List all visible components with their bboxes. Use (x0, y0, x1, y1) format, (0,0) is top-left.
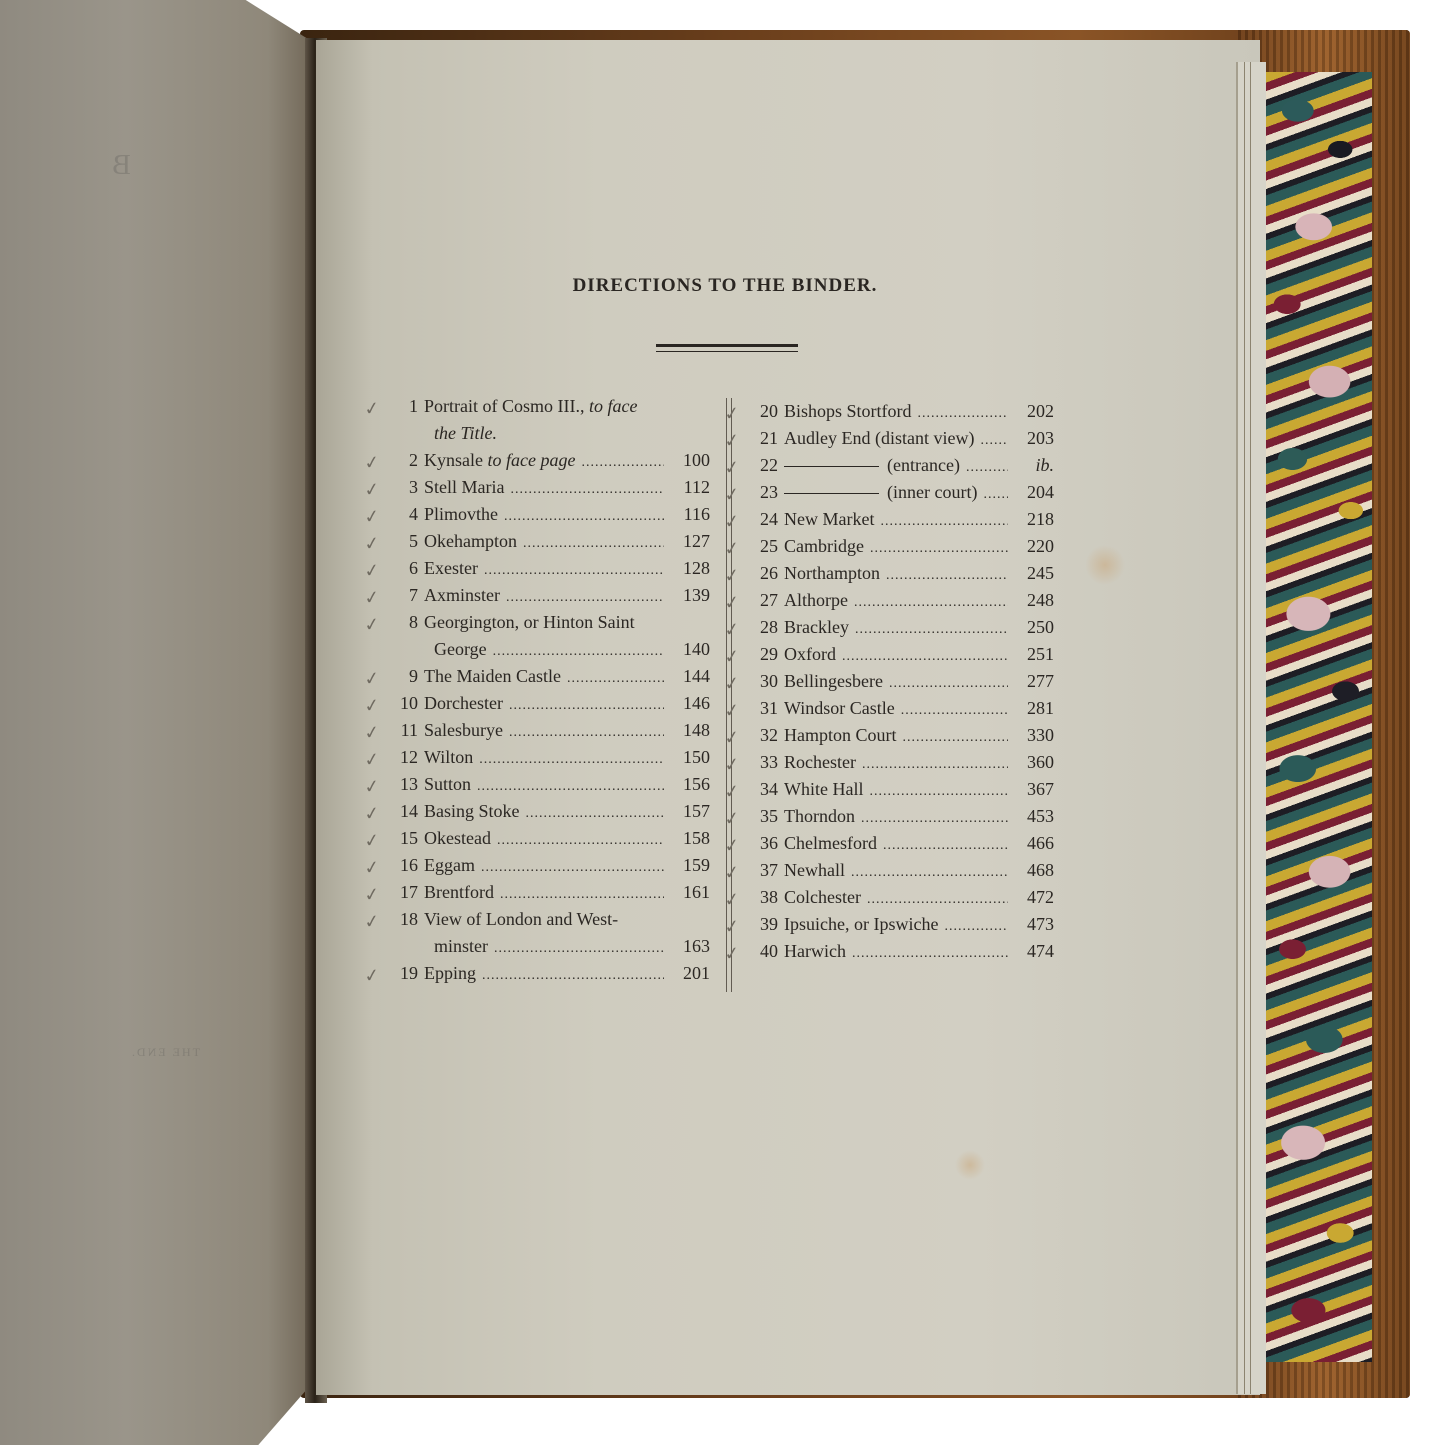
pencil-check-icon: ✓ (363, 610, 388, 635)
list-item: ✓ 36 Chelmesford .......................… (744, 830, 1054, 857)
pencil-check-icon: ✓ (723, 696, 748, 721)
list-item: ✓ 10 Dorchester ........................… (384, 690, 710, 717)
list-item: ✓ 29 Oxford ............................… (744, 641, 1054, 668)
pencil-check-icon: ✓ (723, 426, 748, 451)
pencil-check-icon: ✓ (363, 529, 388, 554)
list-item: ✓ 12 Wilton ............................… (384, 744, 710, 771)
list-item: ✓ 37 Newhall ...........................… (744, 857, 1054, 884)
list-item: ✓ 19 Epping ............................… (384, 960, 710, 987)
list-item: ✓ 40 Harwich ...........................… (744, 938, 1054, 965)
ghost-letter: B (112, 150, 131, 182)
list-item: ✓ 23 (inner court) .....................… (744, 479, 1054, 506)
list-item: ✓ 17 Brentford .........................… (384, 879, 710, 906)
list-item: ✓ 13 Sutton ............................… (384, 771, 710, 798)
list-item: ✓ 6 Exester ............................… (384, 555, 710, 582)
list-item: ✓ 16 Eggam .............................… (384, 852, 710, 879)
pencil-check-icon: ✓ (723, 831, 748, 856)
pencil-check-icon: ✓ (723, 615, 748, 640)
pencil-check-icon: ✓ (723, 453, 748, 478)
pencil-check-icon: ✓ (723, 885, 748, 910)
list-item: ✓ 22 (entrance) ........................… (744, 452, 1054, 479)
title-rule (656, 344, 798, 352)
list-item: ✓ 27 Althorpe ..........................… (744, 587, 1054, 614)
pencil-check-icon: ✓ (723, 480, 748, 505)
list-item: ✓ 39 Ipsuiche, or Ipswiche .............… (744, 911, 1054, 938)
marbled-endpaper (1266, 72, 1372, 1362)
ghost-footer: THE END. (130, 1045, 200, 1060)
pencil-check-icon: ✓ (363, 583, 388, 608)
pencil-check-icon: ✓ (363, 745, 388, 770)
list-item: ✓ 32 Hampton Court .....................… (744, 722, 1054, 749)
pencil-check-icon: ✓ (363, 475, 388, 500)
list-item: ✓ 20 Bishops Stortford .................… (744, 398, 1054, 425)
list-item: ✓ 25 Cambridge .........................… (744, 533, 1054, 560)
list-item: the Title. (384, 420, 710, 447)
list-item: ✓ 4 Plimovthe ..........................… (384, 501, 710, 528)
list-item: ✓ 18 View of London and West- (384, 906, 710, 933)
list-item: George .................................… (384, 636, 710, 663)
list-item: ✓ 33 Rochester .........................… (744, 749, 1054, 776)
list-item: ✓ 30 Bellingesbere .....................… (744, 668, 1054, 695)
pencil-check-icon: ✓ (723, 858, 748, 883)
pencil-check-icon: ✓ (723, 561, 748, 586)
pencil-check-icon: ✓ (363, 448, 388, 473)
list-item: ✓ 31 Windsor Castle ....................… (744, 695, 1054, 722)
list-item: ✓ 9 The Maiden Castle ..................… (384, 663, 710, 690)
pencil-check-icon: ✓ (723, 669, 748, 694)
pencil-check-icon: ✓ (363, 826, 388, 851)
pencil-check-icon: ✓ (363, 907, 388, 932)
ditto-dash (784, 466, 879, 467)
pencil-check-icon: ✓ (723, 777, 748, 802)
pencil-check-icon: ✓ (363, 691, 388, 716)
list-item: ✓ 7 Axminster ..........................… (384, 582, 710, 609)
ditto-dash (784, 493, 879, 494)
pencil-check-icon: ✓ (723, 507, 748, 532)
plates-list-left: ✓ 1 Portrait of Cosmo III., to face the … (384, 393, 710, 987)
list-item: ✓ 34 White Hall ........................… (744, 776, 1054, 803)
list-item: ✓ 15 Okestead ..........................… (384, 825, 710, 852)
pencil-check-icon: ✓ (363, 772, 388, 797)
pencil-check-icon: ✓ (363, 664, 388, 689)
page-edge (1236, 62, 1266, 1394)
foxing-spot (955, 1150, 985, 1180)
pencil-check-icon: ✓ (723, 588, 748, 613)
pencil-check-icon: ✓ (723, 642, 748, 667)
page-title: DIRECTIONS TO THE BINDER. (540, 275, 910, 297)
list-item: ✓ 8 Georgington, or Hinton Saint (384, 609, 710, 636)
list-item: ✓ 35 Thorndon ..........................… (744, 803, 1054, 830)
list-item: ✓ 28 Brackley ..........................… (744, 614, 1054, 641)
list-item: ✓ 2 Kynsale to face page ...............… (384, 447, 710, 474)
list-item: ✓ 38 Colchester ........................… (744, 884, 1054, 911)
pencil-check-icon: ✓ (363, 961, 388, 986)
pencil-check-icon: ✓ (723, 804, 748, 829)
pencil-check-icon: ✓ (363, 853, 388, 878)
pencil-check-icon: ✓ (363, 394, 388, 419)
pencil-check-icon: ✓ (363, 556, 388, 581)
pencil-check-icon: ✓ (723, 750, 748, 775)
list-item: ✓ 11 Salesburye ........................… (384, 717, 710, 744)
pencil-check-icon: ✓ (723, 912, 748, 937)
list-item: ✓ 3 Stell Maria ........................… (384, 474, 710, 501)
list-item: ✓ 24 New Market ........................… (744, 506, 1054, 533)
pencil-check-icon: ✓ (723, 534, 748, 559)
pencil-check-icon: ✓ (363, 718, 388, 743)
left-page: B THE END. (0, 0, 315, 1445)
list-item: ✓ 26 Northampton .......................… (744, 560, 1054, 587)
list-item: ✓ 14 Basing Stoke ......................… (384, 798, 710, 825)
pencil-check-icon: ✓ (723, 939, 748, 964)
pencil-check-icon: ✓ (363, 799, 388, 824)
list-item: ✓ 1 Portrait of Cosmo III., to face (384, 393, 710, 420)
pencil-check-icon: ✓ (723, 723, 748, 748)
foxing-spot (1085, 545, 1125, 585)
pencil-check-icon: ✓ (723, 399, 748, 424)
plates-list-right: ✓ 20 Bishops Stortford .................… (744, 398, 1054, 965)
pencil-check-icon: ✓ (363, 502, 388, 527)
list-item: ✓ 21 Audley End (distant view) .........… (744, 425, 1054, 452)
list-item: minster ................................… (384, 933, 710, 960)
list-item: ✓ 5 Okehampton .........................… (384, 528, 710, 555)
pencil-check-icon: ✓ (363, 880, 388, 905)
